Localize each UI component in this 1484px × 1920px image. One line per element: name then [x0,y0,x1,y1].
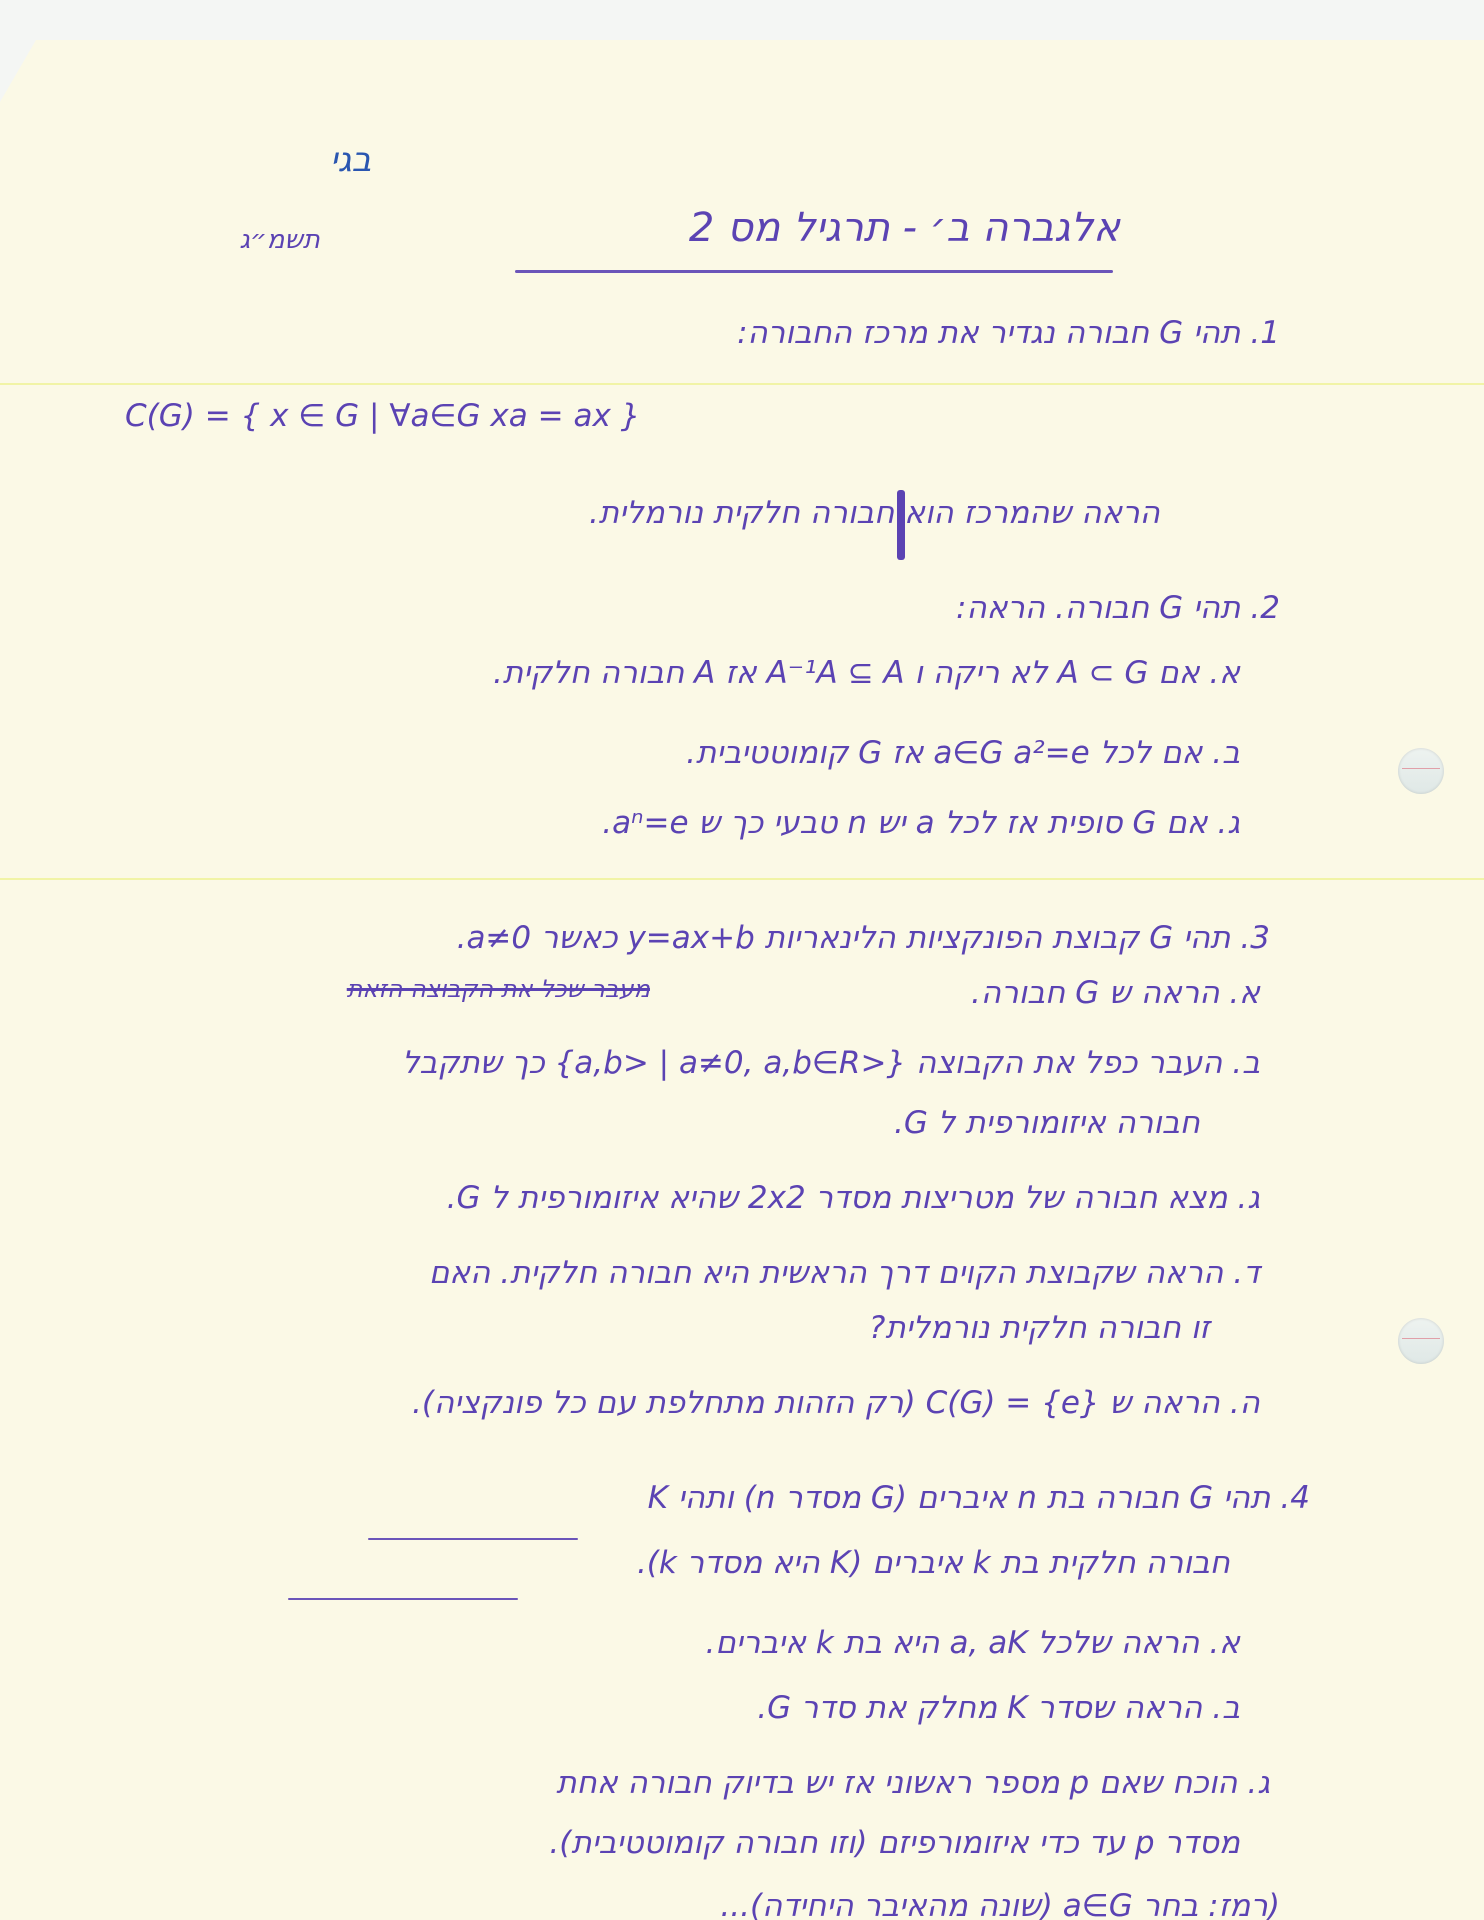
q2-part-c: ג. אם G סופית אז לכל a יש n טבעי כך ש aⁿ… [160,805,1240,841]
q2-part-a: א. אם A ⊂ G לא ריקה ו A⁻¹A ⊆ A אז A חבור… [90,655,1240,691]
punch-hole [1398,1318,1444,1364]
year-label: תשמ״ג [230,225,320,255]
q3-struck-text: מעבר שכל את הקבוצה הזאת [300,975,650,1003]
underline-mark [288,1598,518,1600]
q3-part-b-line2: חבורה איזומורפית ל G. [580,1105,1200,1141]
q4-hint: (רמז: בחר a∈G (שונה מהאיבר היחידה)... [200,1888,1280,1920]
q1-intro: 1. תהי G חבורה נגדיר את מרכז החבורה: [360,315,1280,351]
punch-hole [1398,748,1444,794]
q4-part-b: ב. הראה שסדר K מחלק את סדר G. [520,1690,1240,1726]
q3-part-a: א. הראה ש G חבורה. [660,975,1260,1011]
q3-intro: 3. תהי G קבוצת הפונקציות הלינאריות y=ax+… [90,920,1270,956]
q3-part-d-line1: ד. הראה שקבוצת הקוים דרך הראשית היא חבור… [130,1255,1260,1291]
q3-part-e: ה. הראה ש C(G) = {e} (רק הזהות מתחלפת עם… [120,1385,1260,1421]
q2-intro: 2. תהי G חבורה. הראה: [560,590,1280,626]
q3-part-d-line2: זו חבורה חלקית נורמלית? [690,1310,1210,1346]
ruled-line [0,878,1484,880]
ruled-line [0,383,1484,385]
title-underline [515,270,1113,273]
page-title: אלגברה ב׳ - תרגיל מס 2 [510,205,1120,251]
underline-mark [368,1538,578,1540]
q4-intro-line2: חבורה חלקית בת k איברים (K היא מסדר k). [250,1545,1230,1581]
signature: בגי [330,140,371,180]
q3-part-c: ג. מצא חבורה של מטריצות מסדר 2x2 שהיא אי… [200,1180,1260,1216]
q4-intro-line1: 4. תהי G חבורה בת n איברים (G מסדר n) ות… [170,1480,1310,1516]
q2-part-b: ב. אם לכל a∈G a²=e אז G קומוטטיבית. [280,735,1240,771]
q3-part-b-line1: ב. העבר כפל את הקבוצה {<a,b> | a≠0, a,b∈… [200,1045,1260,1081]
q1-task: הראה שהמרכז הוא חבורה חלקית נורמלית. [340,495,1160,531]
q4-part-c-line1: ג. הוכח שאם p מספר ראשוני אז יש בדיוק חב… [190,1765,1270,1801]
q1-formula: C(G) = { x ∈ G | ∀a∈G xa = ax } [125,398,925,434]
q4-part-a: א. הראה שלכל a, aK היא בת k איברים. [390,1625,1240,1661]
q4-part-c-line2: מסדר p עד כדי איזומורפיזם (וזו חבורה קומ… [180,1825,1240,1861]
